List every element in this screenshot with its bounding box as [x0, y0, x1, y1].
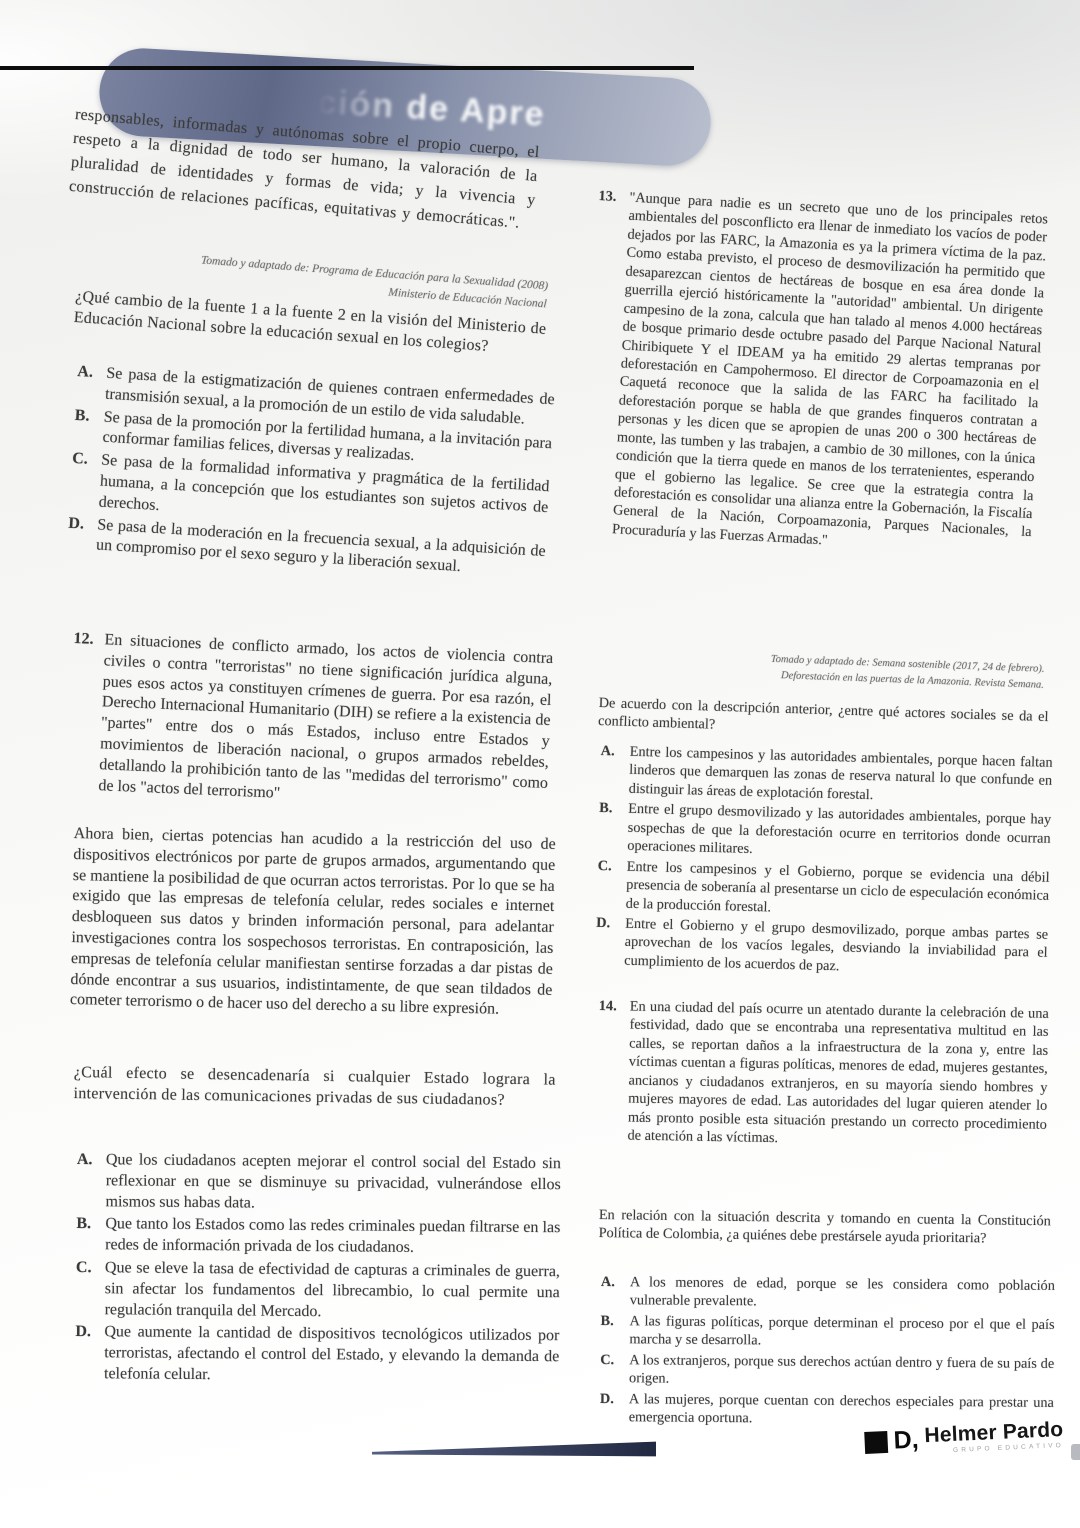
question-passage-text: En situaciones de conflicto armado, los …	[98, 630, 554, 815]
option-letter: A.	[76, 1150, 106, 1213]
question-13-text: De acuerdo con la descripción anterior, …	[598, 694, 1049, 745]
option-letter: C.	[597, 857, 627, 913]
question-passage-text: "Aunque para nadie es un secreto que uno…	[612, 189, 1049, 561]
option-letter: A.	[600, 742, 630, 798]
option-letter: D.	[75, 1322, 105, 1385]
option-letter: B.	[600, 1312, 629, 1349]
option-letter: D.	[600, 1390, 629, 1427]
logo-square-icon	[864, 1431, 888, 1454]
question-passage-text: En una ciudad del país ocurre un atentad…	[627, 998, 1049, 1153]
option-row: B. Entre el grupo desmovilizado y las au…	[598, 799, 1051, 866]
option-text: Que tanto los Estados como las redes cri…	[105, 1215, 560, 1261]
option-row: A. Entre los campesinos y las autoridade…	[600, 742, 1053, 809]
scan-edge-line	[0, 66, 694, 70]
option-letter: A.	[76, 362, 107, 405]
question-11-options: A. Se pasa de la estigmatización de quie…	[66, 362, 555, 585]
option-row: A. Que los ciudadanos acepten mejorar el…	[76, 1150, 561, 1217]
option-row: D. Entre el Gobierno y el grupo desmovil…	[595, 914, 1048, 981]
question-14-options: A. A los menores de edad, porque se les …	[600, 1273, 1055, 1432]
question-12-passage-2: Ahora bien, ciertas potencias han acudid…	[70, 824, 556, 1022]
question-12-text: ¿Cuál efecto se desencadenaría si cualqu…	[73, 1063, 556, 1112]
logo-d-icon: D,	[893, 1428, 919, 1454]
question-12-passage: 12. En situaciones de conflicto armado, …	[67, 629, 554, 815]
citation-source-2: Tomado y adaptado de: Semana sostenible …	[639, 647, 1045, 693]
question-14-text: En relación con la situación descrita y …	[598, 1206, 1050, 1249]
option-letter: B.	[73, 406, 104, 449]
option-letter: A.	[601, 1273, 630, 1310]
scan-edge-speck	[1071, 1444, 1080, 1460]
option-row: D. Que aumente la cantidad de dispositiv…	[75, 1322, 560, 1389]
option-text: Entre los campesinos y el Gobierno, porq…	[626, 857, 1050, 923]
option-text: Que se eleve la tasa de efectividad de c…	[105, 1258, 561, 1324]
option-row: B. Que tanto los Estados como las redes …	[76, 1214, 560, 1260]
question-13-options: A. Entre los campesinos y las autoridade…	[595, 742, 1053, 983]
option-text: Entre el Gobierno y el grupo desmoviliza…	[624, 915, 1048, 981]
question-12-options: A. Que los ciudadanos acepten mejorar el…	[75, 1150, 561, 1391]
question-number: 14.	[596, 997, 630, 1145]
option-letter: B.	[76, 1214, 105, 1256]
option-row: A. A los menores de edad, porque se les …	[601, 1273, 1055, 1314]
option-row: C. A los extranjeros, porque sus derecho…	[600, 1351, 1054, 1392]
option-text: Que los ciudadanos acepten mejorar el co…	[105, 1150, 561, 1216]
option-row: C. Entre los campesinos y el Gobierno, p…	[597, 857, 1050, 924]
option-text: A los menores de edad, porque se les con…	[630, 1273, 1055, 1314]
option-letter: C.	[600, 1351, 629, 1388]
question-13-passage: 13. "Aunque para nadie es un secreto que…	[581, 187, 1049, 560]
option-text: A los extranjeros, porque sus derechos a…	[629, 1351, 1054, 1392]
option-text: A las figuras políticas, porque determin…	[629, 1312, 1054, 1353]
scan-edge-wedge	[372, 1441, 656, 1457]
question-14-passage: 14. En una ciudad del país ocurre un ate…	[596, 997, 1049, 1152]
option-text: Entre los campesinos y las autoridades a…	[629, 743, 1053, 809]
option-letter: D.	[67, 513, 98, 556]
option-letter: C.	[76, 1258, 106, 1321]
option-letter: C.	[69, 449, 102, 513]
option-row: C. Que se eleve la tasa de efectividad d…	[76, 1258, 561, 1325]
option-row: B. A las figuras políticas, porque deter…	[600, 1312, 1054, 1353]
option-text: Entre el grupo desmovilizado y las autor…	[627, 800, 1051, 866]
option-text: Que aumente la cantidad de dispositivos …	[104, 1323, 560, 1389]
option-letter: D.	[595, 914, 625, 970]
option-letter: B.	[598, 799, 628, 855]
